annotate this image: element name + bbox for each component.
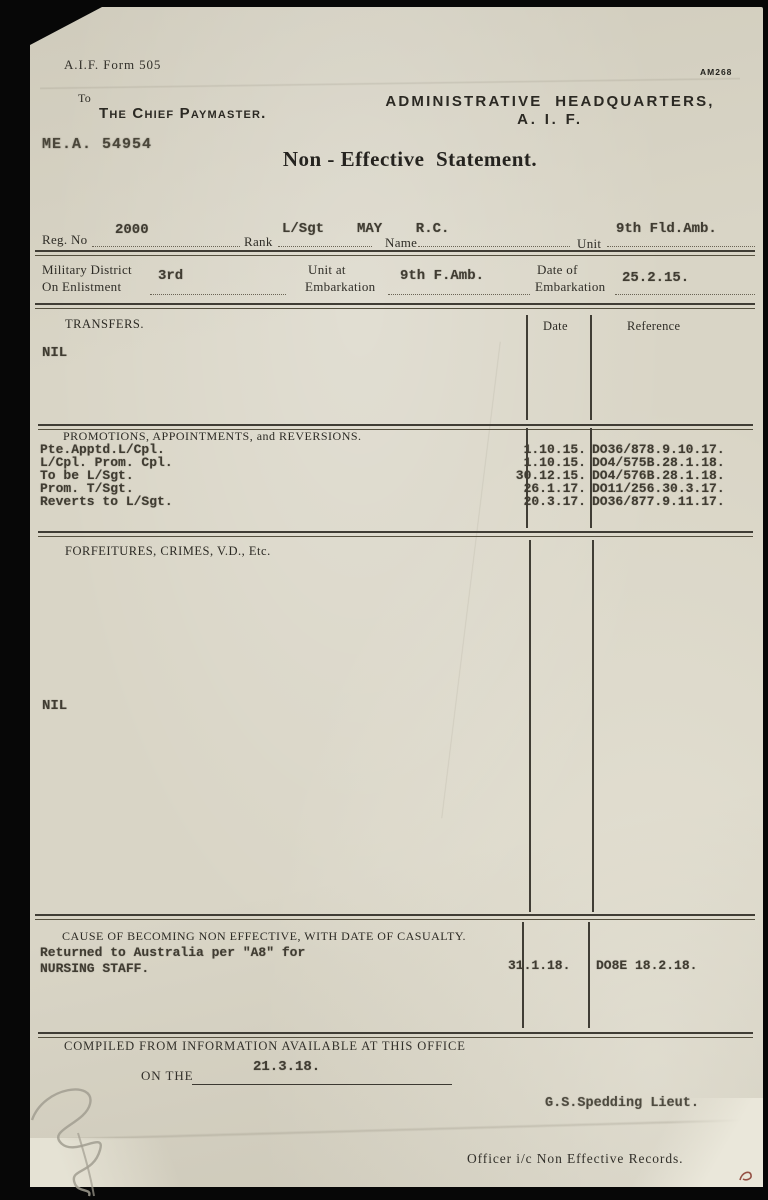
reference-column-header: Reference — [627, 319, 680, 334]
reg-no-value: 2000 — [115, 222, 149, 238]
compiled-date: 21.3.18. — [253, 1059, 320, 1075]
field-underline — [150, 294, 286, 295]
form-number: A.I.F. Form 505 — [64, 57, 161, 73]
field-underline — [388, 294, 530, 295]
forfeitures-heading: FORFEITURES, CRIMES, V.D., Etc. — [65, 544, 271, 559]
document-paper — [30, 7, 763, 1187]
reference-column-line — [590, 315, 592, 420]
field-underline — [607, 246, 755, 247]
to-label: To — [78, 91, 91, 106]
red-ink-mark — [738, 1168, 756, 1184]
horizontal-rule — [35, 250, 755, 256]
date-column-line — [529, 540, 531, 912]
promotion-event: Reverts to L/Sgt. — [40, 494, 173, 509]
signature-typed: G.S.Spedding Lieut. — [545, 1096, 699, 1111]
unit-at-embarkation-label-1: Unit at — [308, 262, 346, 278]
date-of-embarkation-label-1: Date of — [537, 262, 578, 278]
ref-code: AM268 — [700, 67, 732, 77]
compiled-statement: COMPILED FROM INFORMATION AVAILABLE AT T… — [64, 1039, 466, 1054]
case-number-stamp: ME.A. 54954 — [42, 136, 152, 153]
horizontal-rule — [38, 1032, 753, 1038]
cause-date: 31.1.18. — [508, 958, 570, 973]
cause-line-2: NURSING STAFF. — [40, 961, 149, 976]
date-column-header: Date — [543, 319, 568, 334]
date-of-embarkation-label-2: Embarkation — [535, 279, 605, 295]
reference-column-line — [588, 922, 590, 1028]
horizontal-rule — [35, 303, 755, 309]
officer-title: Officer i/c Non Effective Records. — [467, 1151, 683, 1167]
military-district-label-1: Military District — [42, 262, 132, 278]
horizontal-rule — [35, 914, 755, 920]
cause-heading: CAUSE OF BECOMING NON EFFECTIVE, WITH DA… — [62, 929, 466, 944]
addressee: The Chief Paymaster. — [99, 105, 267, 122]
rank-label: Rank — [244, 234, 273, 250]
date-column-line — [522, 922, 524, 1028]
promotion-date: 20.3.17. — [470, 494, 586, 509]
transfers-heading: TRANSFERS. — [65, 317, 144, 332]
hq-line-1: ADMINISTRATIVE HEADQUARTERS, — [350, 93, 750, 110]
field-underline — [418, 246, 570, 247]
military-district-label-2: On Enlistment — [42, 279, 121, 295]
date-of-embarkation-value: 25.2.15. — [622, 270, 689, 286]
date-underline — [192, 1084, 452, 1085]
rank-value: L/Sgt — [282, 221, 324, 237]
hq-line-2: A. I. F. — [350, 111, 750, 128]
reg-no-label: Reg. No — [42, 232, 87, 248]
horizontal-rule — [38, 531, 753, 537]
cause-reference: DO8E 18.2.18. — [596, 958, 697, 973]
promotion-reference: DO36/877.9.11.17. — [592, 494, 762, 509]
field-underline — [278, 246, 372, 247]
field-underline — [92, 246, 240, 247]
transfers-entry: NIL — [42, 345, 67, 361]
unit-at-embarkation-value: 9th F.Amb. — [400, 268, 484, 284]
military-district-value: 3rd — [158, 268, 183, 284]
unit-value: 9th Fld.Amb. — [616, 221, 717, 237]
forfeitures-entry: NIL — [42, 698, 67, 714]
date-column-line — [526, 315, 528, 420]
field-underline — [615, 294, 755, 295]
unit-at-embarkation-label-2: Embarkation — [305, 279, 375, 295]
form-title: Non - Effective Statement. — [180, 147, 640, 172]
cause-line-1: Returned to Australia per "A8" for — [40, 945, 305, 960]
name-value: MAY R.C. — [357, 221, 449, 237]
reference-column-line — [592, 540, 594, 912]
pencil-signature — [18, 1078, 153, 1198]
name-label: Name — [385, 235, 417, 251]
